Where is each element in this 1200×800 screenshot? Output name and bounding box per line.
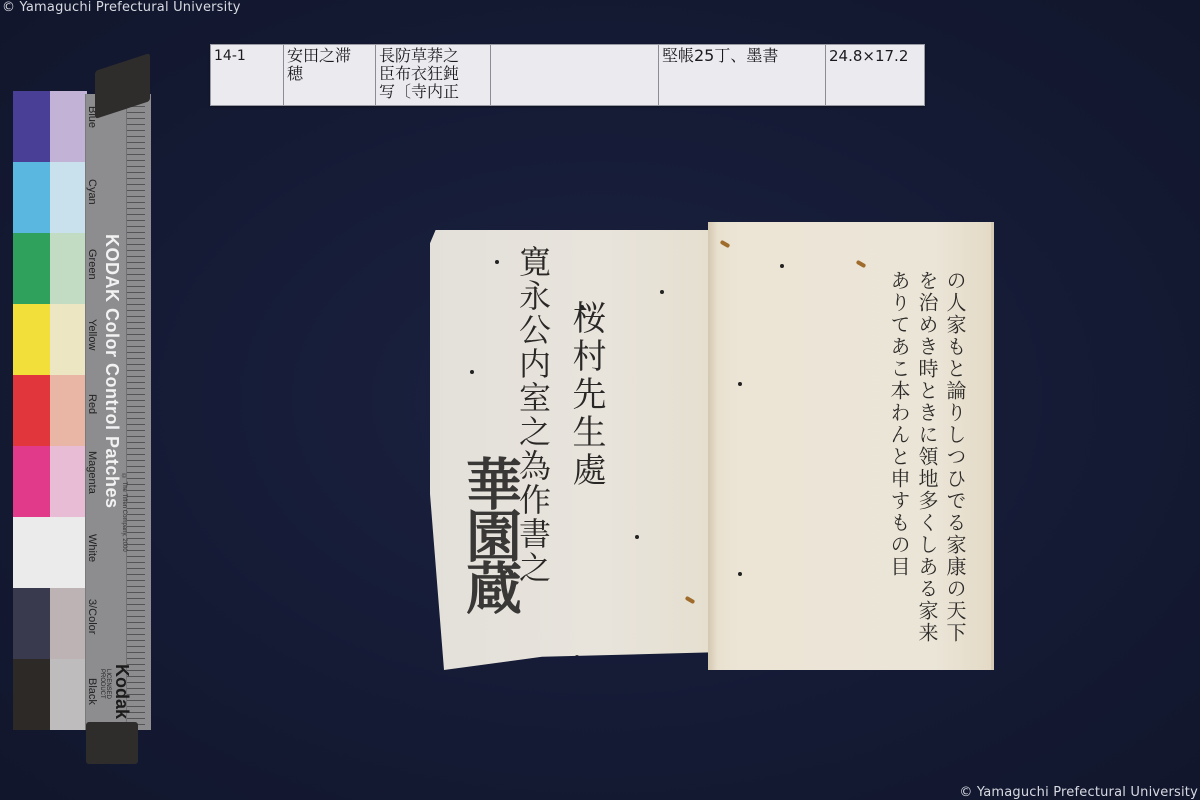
patch-magenta-light — [50, 446, 87, 517]
manuscript-body-text: の人家もと論りしつひでる家康の天下を治めき時ときに領地多くしある家来ありてあこ本… — [885, 270, 969, 650]
manuscript-right-page: の人家もと論りしつひでる家康の天下を治めき時ときに領地多くしある家来ありてあこ本… — [708, 222, 994, 670]
patch-blue-dark — [13, 91, 50, 162]
patch-white — [13, 517, 87, 588]
patch-yellow-dark — [13, 304, 50, 375]
patch-magenta-dark — [13, 446, 50, 517]
label-author: 安田之滞 穂 — [284, 45, 376, 105]
label-id: 14-1 — [211, 45, 284, 105]
patch-red-dark — [13, 375, 50, 446]
chart-copyright: © The Tiffen Company, 2000 — [121, 474, 127, 552]
ruler-ticks — [127, 94, 145, 730]
binding-fold — [708, 222, 718, 670]
stain — [856, 260, 867, 268]
kodak-logo: Kodak — [111, 664, 132, 719]
wormhole — [495, 260, 499, 264]
ownership-mark: 華園蔵 — [450, 455, 530, 611]
wormhole — [780, 264, 784, 268]
patch-label-cyan: Cyan — [86, 179, 98, 205]
wormhole — [738, 572, 742, 576]
manuscript-left-page: 寛永公内室之為作書之 桜村先生處 華園蔵 — [430, 230, 710, 670]
wormhole — [575, 655, 579, 659]
patch-yellow-light — [50, 304, 87, 375]
label-dimensions: 24.8×17.2 — [826, 45, 924, 105]
patch-black-dark — [13, 659, 50, 730]
patch-black-light — [50, 659, 87, 730]
patch-green-dark — [13, 233, 50, 304]
patch-red-light — [50, 375, 87, 446]
patch-3color-dark — [13, 588, 50, 659]
patch-cyan-dark — [13, 162, 50, 233]
stain — [720, 240, 731, 248]
chart-title: KODAK Color Control Patches — [96, 234, 122, 674]
copyright-watermark-bottom: © Yamaguchi Prefectural University — [959, 785, 1198, 800]
stain — [685, 596, 696, 604]
label-title: 長防草莽之 臣布衣狂鈍 写〔寺内正 — [376, 45, 491, 105]
patch-cyan-light — [50, 162, 87, 233]
patch-3color-light — [50, 588, 87, 659]
kodak-licensed-text: LICENSED PRODUCT — [99, 669, 111, 730]
wormhole — [635, 535, 639, 539]
patch-blue-light — [50, 91, 87, 162]
copyright-watermark-top: © Yamaguchi Prefectural University — [2, 0, 241, 15]
wormhole — [580, 305, 584, 309]
wormhole — [738, 382, 742, 386]
manuscript: 寛永公内室之為作書之 桜村先生處 華園蔵 の人家もと論りしつひでる家康の天下を治… — [430, 222, 992, 672]
tape-bottom — [86, 722, 138, 764]
patch-green-light — [50, 233, 87, 304]
patch-label-black: Black — [86, 678, 98, 705]
catalog-label: 14-1 安田之滞 穂 長防草莽之 臣布衣狂鈍 写〔寺内正 堅帳25丁、墨書 2… — [210, 44, 925, 106]
inscription-main: 桜村先生處 — [562, 300, 611, 490]
wormhole — [660, 290, 664, 294]
wormhole — [470, 370, 474, 374]
label-blank — [491, 45, 659, 105]
ruler-strip: Blue Cyan Green Yellow Red Magenta White… — [85, 94, 151, 730]
label-format: 堅帳25丁、墨書 — [659, 45, 826, 105]
